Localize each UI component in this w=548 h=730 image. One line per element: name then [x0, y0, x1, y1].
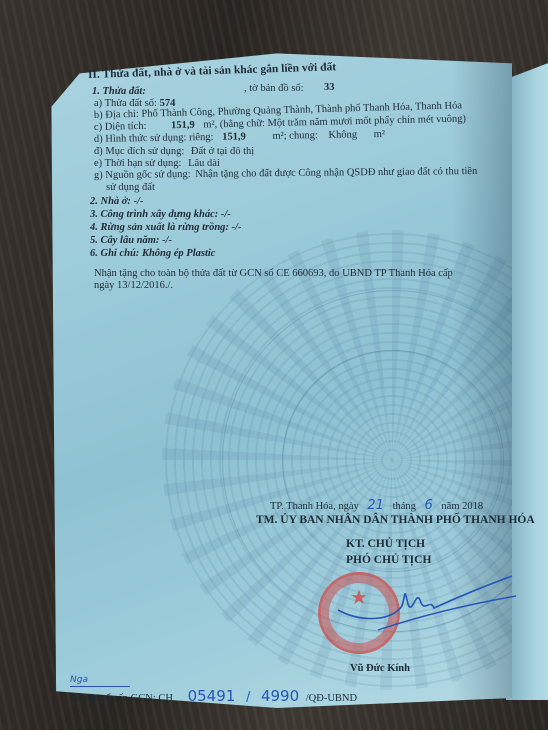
decision-number: 4990 — [261, 687, 299, 705]
place-date-line: TP. Thanh Hóa, ngày 21 tháng 6 năm 2018 — [270, 500, 483, 514]
shared-area-label: m²; chung: — [272, 130, 318, 142]
origin-row: g) Nguồn gốc sử dụng: Nhận tặng cho đất … — [94, 166, 477, 183]
handwritten-signature — [320, 570, 520, 640]
section-title: II. Thửa đất, nhà ở và tài sản khác gắn … — [88, 61, 336, 81]
area-value: 151,9 — [171, 120, 195, 132]
committee-title: TM. ỦY BAN NHÂN DÂN THÀNH PHỐ THANH HÓA — [256, 514, 535, 527]
private-area-value: 151,9 — [222, 131, 246, 142]
term-label: e) Thời hạn sử dụng: — [94, 158, 181, 169]
map-sheet-label: , tờ bản đồ số: — [244, 83, 304, 96]
origin-label: g) Nguồn gốc sử dụng: — [94, 169, 191, 181]
parcel-number-label: a) Thửa đất số: — [94, 98, 157, 109]
purpose-label: đ) Mục đích sử dụng: — [94, 146, 184, 157]
registry-separator: / — [246, 690, 250, 705]
item-label: 2. Nhà ở: — [90, 196, 131, 207]
handwritten-month: 6 — [425, 498, 433, 513]
purpose-row: đ) Mục đích sử dụng: Đất ở tại đô thị — [94, 146, 254, 159]
vice-chairman-title: PHÓ CHỦ TỊCH — [346, 554, 431, 567]
shared-area-unit: m² — [374, 129, 386, 140]
year-label: năm 2018 — [441, 501, 483, 512]
area-label: c) Diện tích: — [94, 121, 147, 133]
item-production-forest: 4. Rừng sản xuất là rừng trồng: -/- — [90, 222, 241, 235]
item-value: -/- — [162, 235, 172, 246]
handwritten-day: 21 — [367, 498, 384, 513]
item-value: -/- — [232, 222, 242, 233]
item-value: -/- — [221, 209, 231, 220]
decision-suffix: /QĐ-UBND — [306, 693, 357, 704]
shared-area-value: Không — [328, 129, 357, 140]
item-other-construction: 3. Công trình xây dựng khác: -/- — [90, 209, 231, 222]
place-date-prefix: TP. Thanh Hóa, ngày — [270, 501, 359, 512]
signer-name: Vũ Đức Kính — [350, 663, 410, 676]
item-value: -/- — [134, 196, 144, 207]
item-perennial-trees: 5. Cây lâu năm: -/- — [90, 235, 172, 248]
initials-underline — [70, 686, 130, 687]
origin-value-continued: sử dụng đất — [106, 182, 155, 195]
handwritten-initials: Nga — [70, 674, 88, 687]
note-line-1: Nhận tặng cho toàn bộ thửa đất từ GCN số… — [94, 268, 453, 281]
land-use-certificate: II. Thửa đất, nhà ở và tài sản khác gắn … — [0, 0, 548, 730]
on-behalf-title: KT. CHỦ TỊCH — [346, 538, 425, 551]
item-label: 4. Rừng sản xuất là rừng trồng: — [90, 222, 229, 233]
item-label: 5. Cây lâu năm: — [90, 235, 159, 246]
item-value: Không ép Plastic — [142, 248, 216, 259]
usage-form-label: d) Hình thức sử dụng: riêng: — [94, 132, 214, 145]
item-notes: 6. Ghi chú: Không ép Plastic — [90, 248, 215, 261]
purpose-value: Đất ở tại đô thị — [191, 146, 254, 157]
month-label: tháng — [393, 501, 416, 512]
map-sheet-value: 33 — [324, 82, 335, 95]
item-housing: 2. Nhà ở: -/- — [90, 196, 143, 209]
parcel-heading: 1. Thửa đất: — [92, 86, 146, 99]
term-value: Lâu dài — [188, 158, 220, 169]
registry-line: Số vào sổ cấp GCN: CH 05491 / 4990 /QĐ-U… — [70, 690, 357, 706]
registry-number: 05491 — [188, 687, 236, 705]
origin-value: Nhận tặng cho đất được Công nhận QSDĐ nh… — [195, 166, 477, 180]
note-line-2: ngày 13/12/2016./. — [94, 280, 173, 293]
registry-label: Số vào sổ cấp GCN: CH — [70, 693, 173, 704]
item-label: 3. Công trình xây dựng khác: — [90, 209, 218, 220]
item-label: 6. Ghi chú: — [90, 248, 139, 259]
address-label: b) Địa chỉ: — [94, 109, 139, 121]
